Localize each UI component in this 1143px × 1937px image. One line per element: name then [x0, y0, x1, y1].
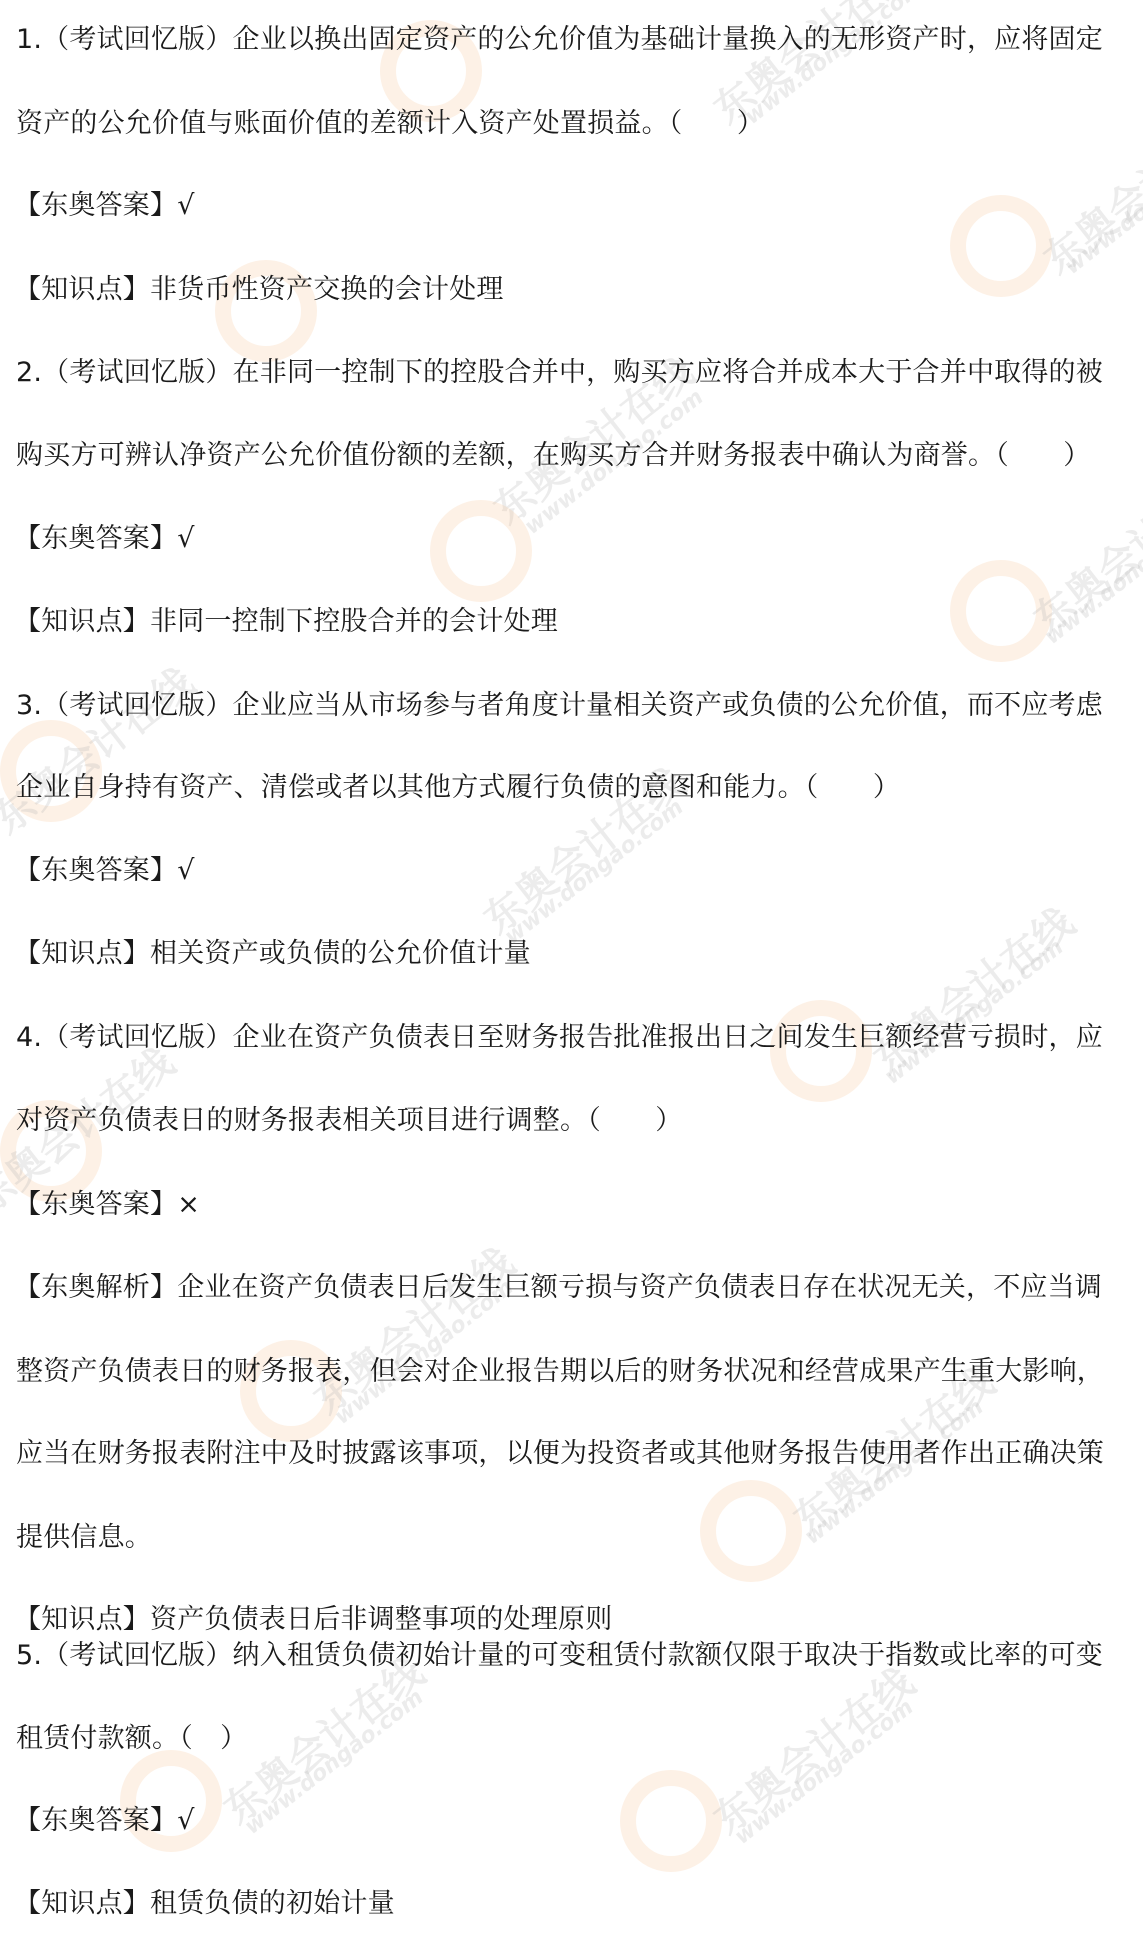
knowledge-point: 【知识点】相关资产或负债的公允价值计量 [14, 934, 531, 974]
watermark-logo-icon [430, 500, 532, 602]
knowledge-point: 【知识点】非同一控制下控股合并的会计处理 [14, 602, 558, 642]
analysis-text: 整资产负债表日的财务报表，但会对企业报告期以后的财务状况和经营成果产生重大影响， [16, 1352, 1104, 1392]
answer: 【东奥答案】√ [14, 851, 195, 891]
analysis-text: 提供信息。 [16, 1518, 152, 1558]
answer: 【东奥答案】× [14, 1185, 200, 1225]
watermark-brand: 东奥会计在线 [0, 652, 204, 845]
question-text: 2.（考试回忆版）在非同一控制下的控股合并中，购买方应将合并成本大于合并中取得的… [16, 353, 1103, 393]
knowledge-point: 【知识点】非货币性资产交换的会计处理 [14, 270, 504, 310]
watermark-url: www.dongao.com [1040, 495, 1143, 650]
analysis-text: 应当在财务报表附注中及时披露该事项，以便为投资者或其他财务报告使用者作出正确决策 [16, 1434, 1104, 1474]
knowledge-point: 【知识点】资产负债表日后非调整事项的处理原则 [14, 1600, 612, 1640]
knowledge-point: 【知识点】租赁负债的初始计量 [14, 1884, 395, 1924]
answer: 【东奥答案】√ [14, 1801, 195, 1841]
watermark-url: www.dongao.com [730, 1695, 918, 1850]
watermark-logo-icon [700, 1480, 802, 1582]
answer: 【东奥答案】√ [14, 519, 195, 559]
watermark-url: www.dongao.com [880, 935, 1068, 1090]
question-text: 1.（考试回忆版）企业以换出固定资产的公允价值为基础计量换入的无形资产时，应将固… [16, 20, 1103, 60]
watermark-brand: 东奥会计在线 [700, 1652, 924, 1845]
answer: 【东奥答案】√ [14, 186, 195, 226]
question-text: 资产的公允价值与账面价值的差额计入资产处置损益。（ ） [16, 104, 764, 144]
question-text: 租赁付款额。（ ） [16, 1719, 247, 1759]
question-text: 4.（考试回忆版）企业在资产负债表日至财务报告批准报出日之间发生巨额经营亏损时，… [16, 1018, 1103, 1058]
watermark-brand: 东奥会计在线 [300, 1232, 524, 1425]
watermark-brand: 东奥会计在线 [1020, 452, 1143, 645]
watermark-brand: 东奥会计在线 [1030, 92, 1143, 285]
watermark-logo-icon [950, 560, 1052, 662]
watermark-logo-icon [950, 195, 1052, 297]
question-text: 企业自身持有资产、清偿或者以其他方式履行负债的意图和能力。（ ） [16, 768, 900, 808]
question-text: 对资产负债表日的财务报表相关项目进行调整。（ ） [16, 1101, 683, 1141]
question-text: 5.（考试回忆版）纳入租赁负债初始计量的可变租赁付款额仅限于取决于指数或比率的可… [16, 1636, 1103, 1676]
watermark-url: www.dongao.com [240, 1685, 428, 1840]
watermark-logo-icon [620, 1770, 722, 1872]
watermark-url: www.dongao.com [1060, 125, 1143, 280]
analysis-text: 【东奥解析】企业在资产负债表日后发生巨额亏损与资产负债表日存在状况无关，不应当调 [14, 1268, 1102, 1308]
question-text: 购买方可辨认净资产公允价值份额的差额，在购买方合并财务报表中确认为商誉。（ ） [16, 436, 1091, 476]
question-text: 3.（考试回忆版）企业应当从市场参与者角度计量相关资产或负债的公允价值，而不应考… [16, 686, 1103, 726]
watermark-url: www.dongao.com [500, 795, 688, 950]
